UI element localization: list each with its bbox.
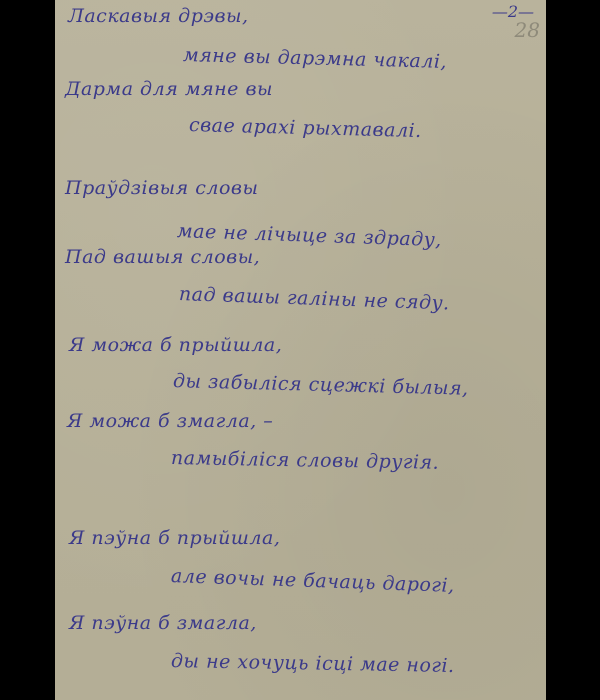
poem-line: Пад вашыя словы, [65,246,260,268]
poem-line: Я можа б змагла, – [67,410,273,432]
poem-line: Дарма для мяне вы [65,78,273,100]
poem-line: ды не хочуць ісці мае ногі. [171,650,455,677]
poem-line: Я пэўна б прыйшла, [69,527,280,549]
poem-line: ды забыліся сцежкі былыя, [173,370,469,400]
manuscript-page: —2— 28 Ласкавыя дрэвы, мяне вы дарэмна ч… [55,0,546,700]
poem-line: памыбіліся словы другія. [171,447,440,474]
poem-line: Я можа б прыйшла, [69,334,282,356]
poem-line: Я пэўна б змагла, [69,612,257,634]
poem-line: мяне вы дарэмна чакалі, [183,44,448,73]
poem-line: Ласкавыя дрэвы, [68,5,249,27]
poem-line: Праўдзівыя словы [65,177,258,199]
poem-line: пад вашы галіны не сяду. [179,283,450,314]
pencil-page-number: 28 [515,18,540,42]
poem-line: свае арахі рыхтавалі. [189,114,422,142]
poem-line: але вочы не бачаць дарогі, [171,565,455,597]
